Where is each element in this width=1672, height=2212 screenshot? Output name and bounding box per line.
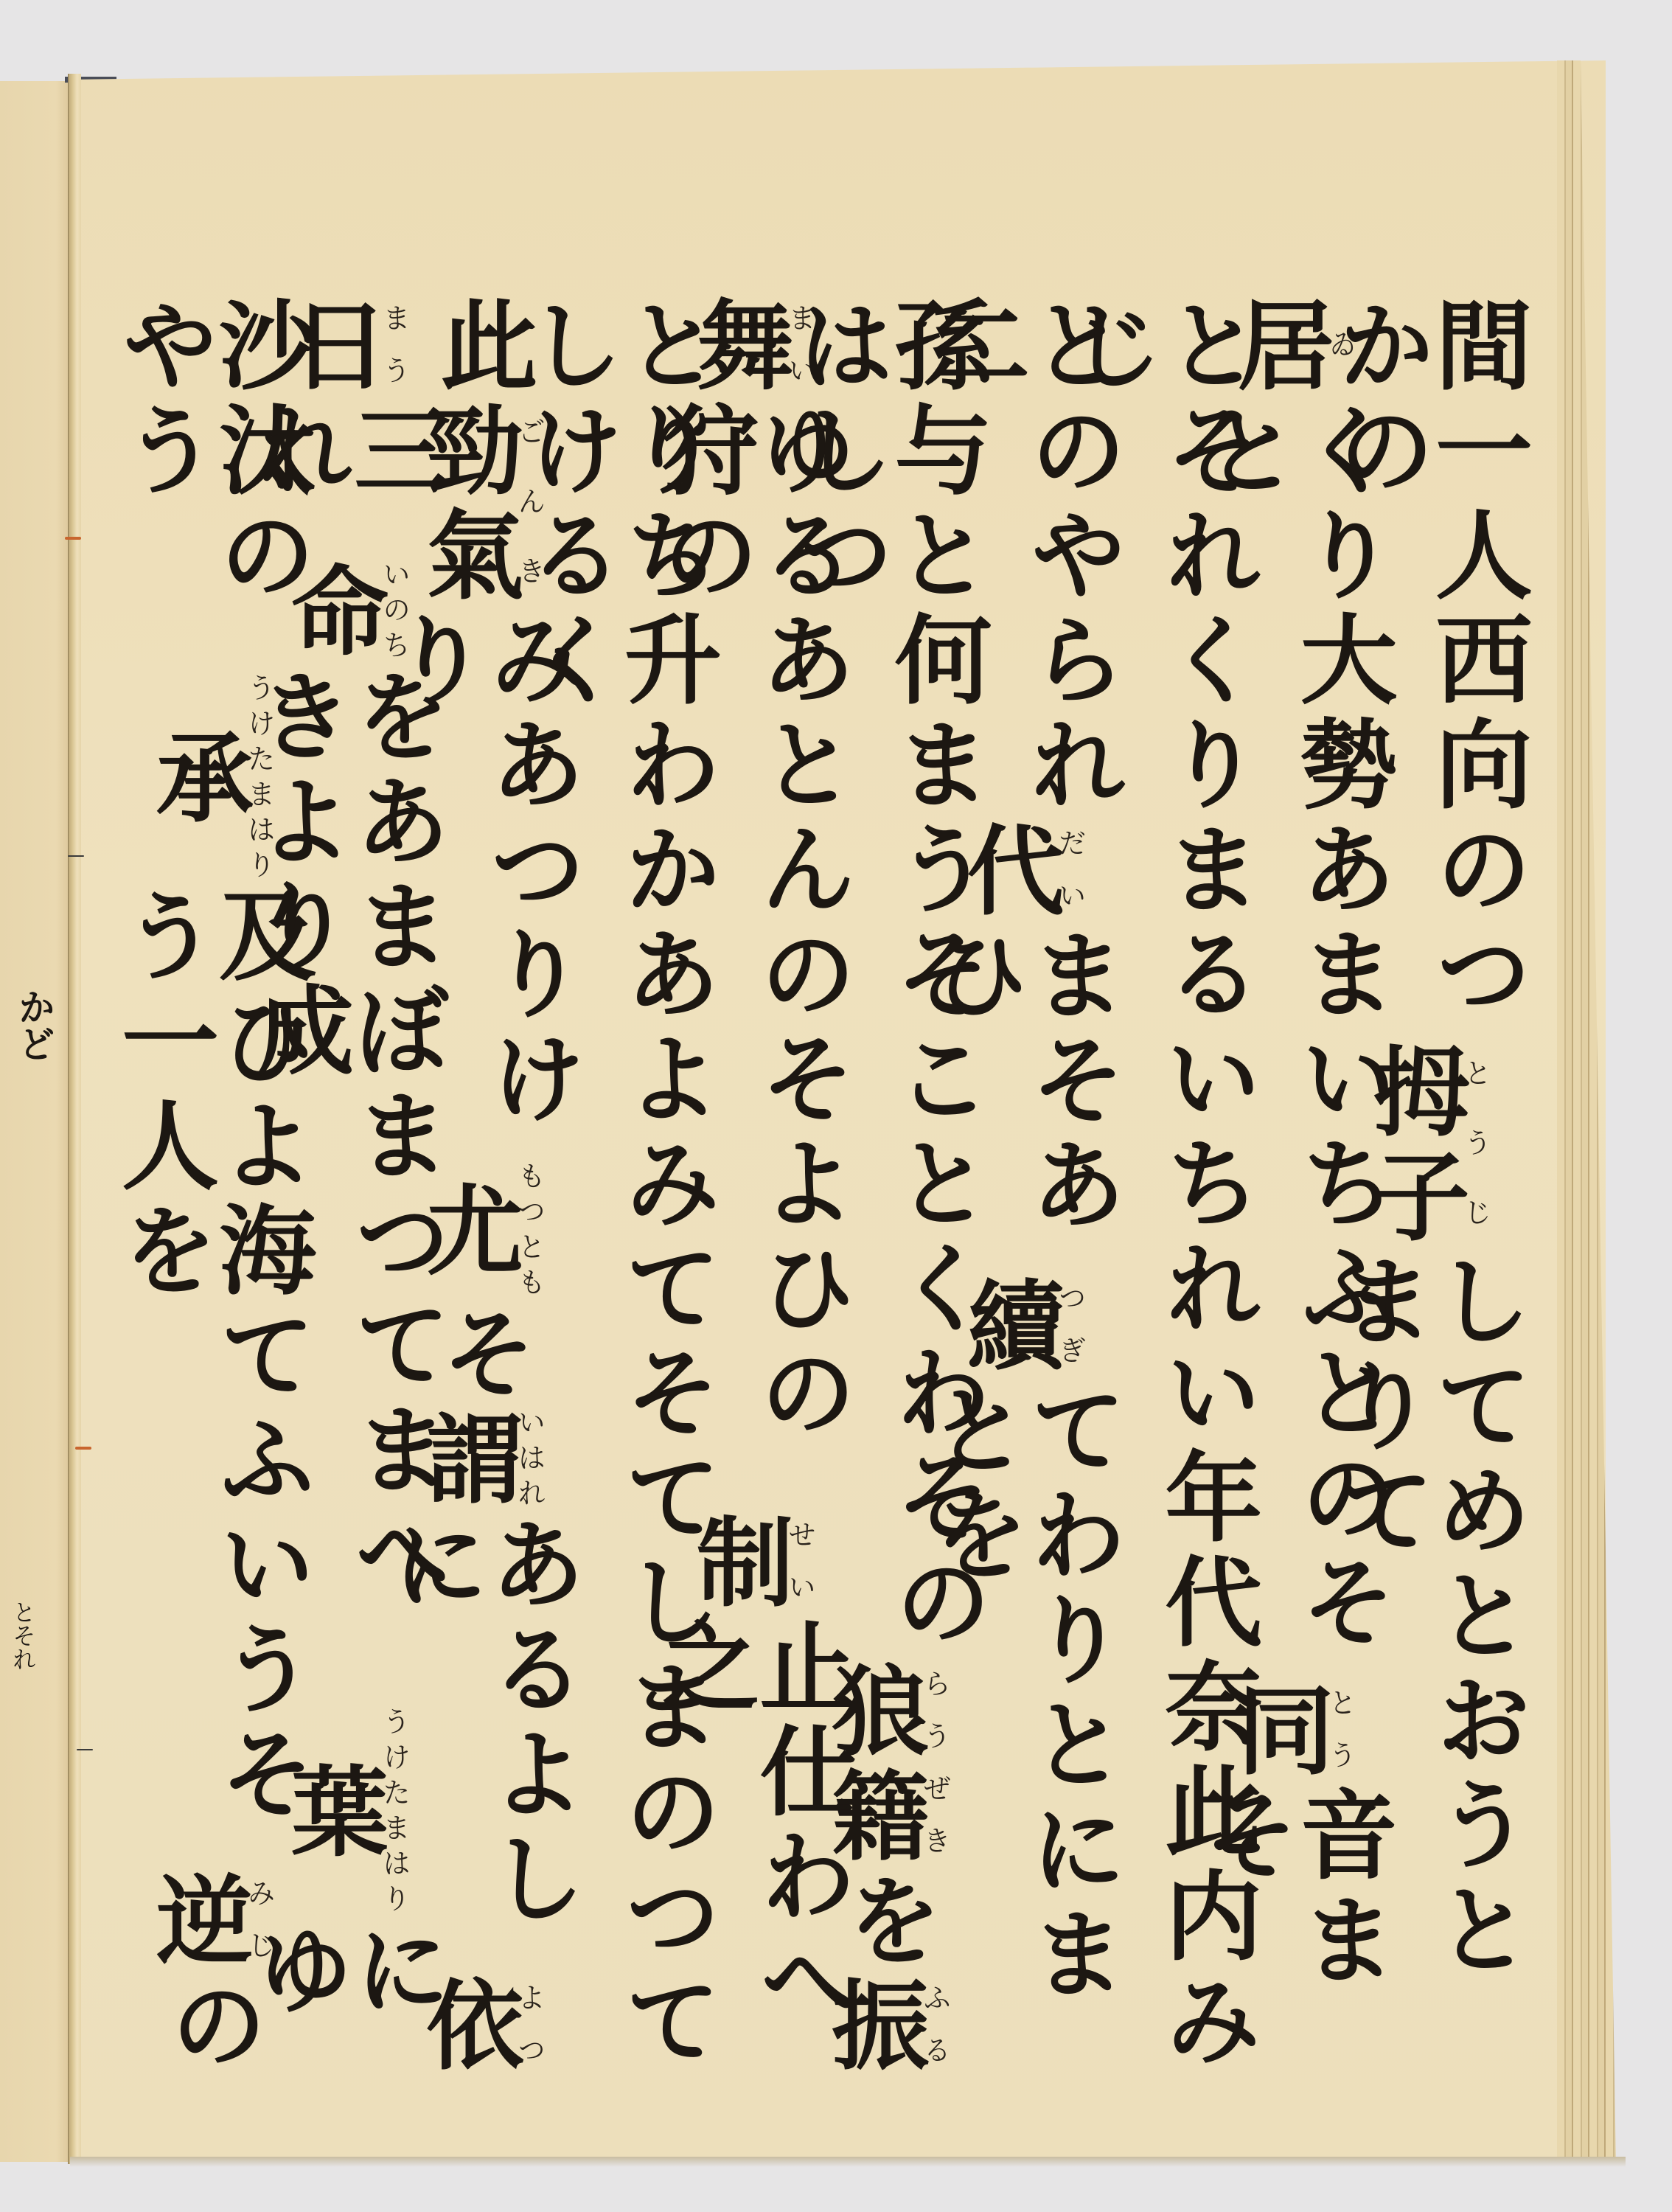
- text-segment: を: [837, 1870, 935, 1975]
- binding-thread-mark-icon: [65, 537, 81, 540]
- text-column-1: 間一人西向のつかの拇子とうじしてめとおうとまりて: [1371, 295, 1482, 2079]
- left-page-text-fragment: とそれ: [6, 1600, 40, 1671]
- furigana: とうじ: [1459, 1041, 1491, 1251]
- ruby-gloss: 日まう: [282, 295, 408, 400]
- ruby-gloss: 拇子とうじ: [1364, 1041, 1490, 1251]
- text-segment: してめとおうとまりて: [1329, 1251, 1524, 2079]
- binding-thread-mark-icon: [68, 855, 84, 857]
- vertical-text-body: 間一人西向のつかの拇子とうじしてめとおうとまりて居ゐくり大勢あまいちふとのそと同…: [155, 295, 1482, 2079]
- furigana: まう: [378, 295, 411, 400]
- text-segment: 間一人西向のつかの: [1329, 295, 1524, 1041]
- page-bottom-shadow: [70, 2157, 1626, 2167]
- binding-thread-mark-icon: [77, 1749, 93, 1750]
- facing-left-page: [0, 81, 70, 2162]
- book-binding-gutter: [68, 74, 81, 2164]
- binding-thread-mark-icon: [75, 1447, 91, 1450]
- text-segment: そ: [432, 1303, 529, 1408]
- left-page-text-fragment: かど: [7, 988, 60, 1062]
